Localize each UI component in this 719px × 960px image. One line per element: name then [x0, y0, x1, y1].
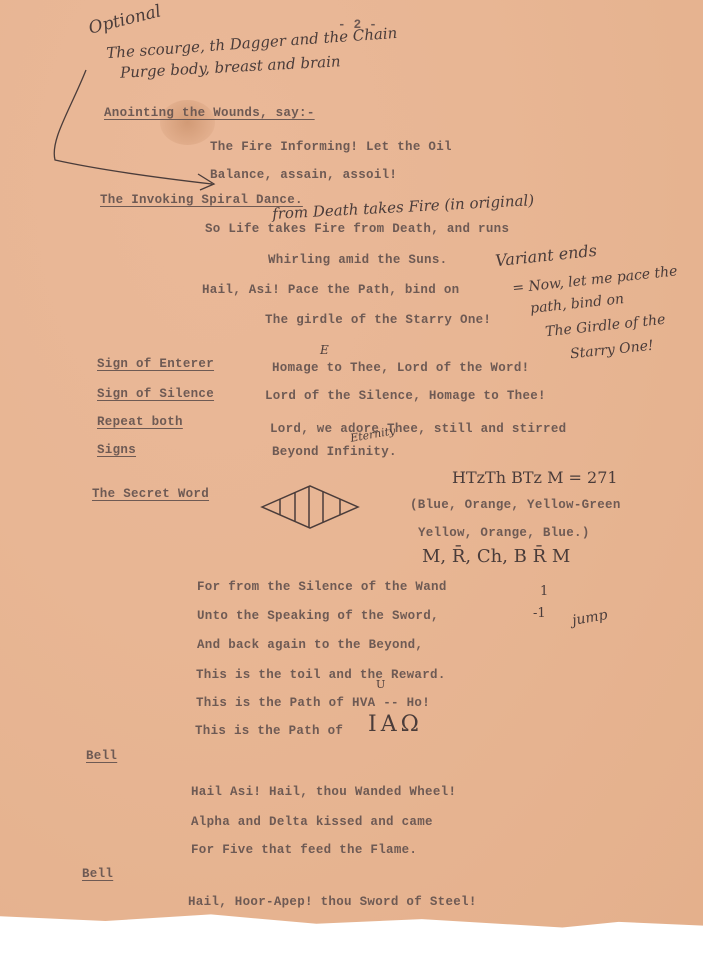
typed-page: - 2 - Optional The scourge, th Dagger an… — [0, 0, 703, 935]
arrow-icon — [54, 70, 214, 190]
pencil-drawings — [0, 0, 703, 935]
secret-word-diamond-icon — [262, 486, 358, 528]
